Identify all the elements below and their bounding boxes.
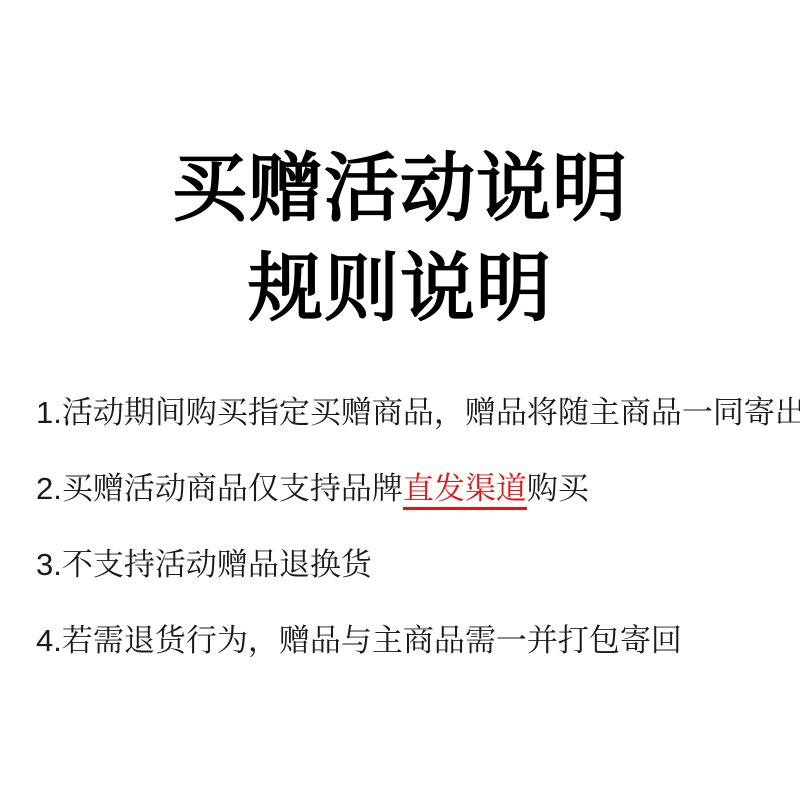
rules-list: 1.活动期间购买指定买赠商品，赠品将随主商品一同寄出 2.买赠活动商品仅支持品牌… (0, 395, 800, 659)
rule-item-1: 1.活动期间购买指定买赠商品，赠品将随主商品一同寄出 (36, 395, 784, 431)
page-title: 买赠活动说明 规则说明 (0, 0, 800, 338)
rule-item-2: 2.买赠活动商品仅支持品牌直发渠道购买 (36, 471, 784, 507)
rule-item-3: 3.不支持活动赠品退换货 (36, 547, 784, 583)
rule-item-2-text-before: 2.买赠活动商品仅支持品牌 (36, 471, 403, 506)
rule-item-2-text-after: 购买 (527, 471, 589, 506)
rule-item-2-highlight: 直发渠道 (403, 471, 527, 510)
page-title-line-2: 规则说明 (0, 238, 800, 338)
page-title-line-1: 买赠活动说明 (0, 138, 800, 238)
promo-notice-page: 买赠活动说明 规则说明 1.活动期间购买指定买赠商品，赠品将随主商品一同寄出 2… (0, 0, 800, 800)
rule-item-4: 4.若需退货行为，赠品与主商品需一并打包寄回 (36, 623, 784, 659)
